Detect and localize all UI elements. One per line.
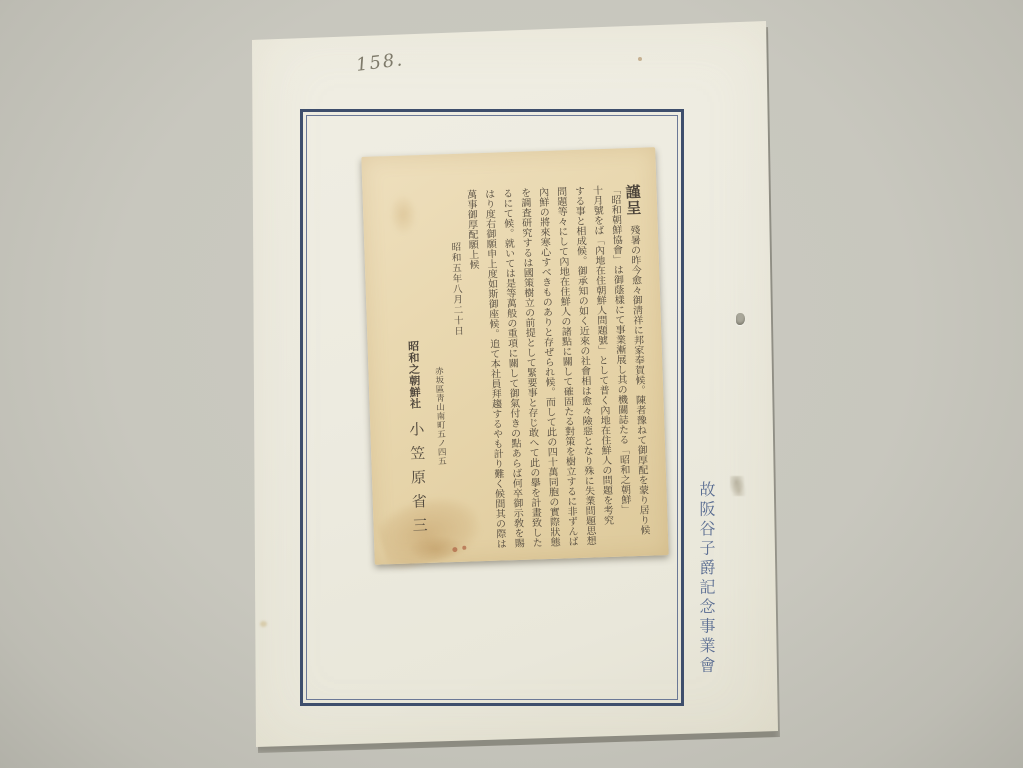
spacer: [414, 409, 416, 421]
letter-text: 謹呈殘暑の昨今愈々御淸祥に邦家奉賀候。陳者豫ねて御厚配を蒙り居り候 「昭和朝鮮協…: [390, 184, 652, 552]
publisher-name: 昭和之朝鮮社: [406, 340, 420, 409]
signer-name: 小笠原省三: [407, 421, 427, 541]
paper-smudge-blemish: [730, 476, 746, 496]
letter-heading: 謹呈: [623, 184, 640, 217]
album-page: 158. 故阪谷子爵記念事業會 謹呈殘暑の昨今愈々御淸祥に邦家奉賀候。陳者豫ねて…: [250, 18, 780, 750]
margin-label: 故阪谷子爵記念事業會: [694, 481, 717, 676]
photo-backdrop: 158. 故阪谷子爵記念事業會 謹呈殘暑の昨今愈々御淸祥に邦家奉賀候。陳者豫ねて…: [0, 0, 1023, 768]
foxing-spot: [638, 57, 642, 61]
foxing-spot: [260, 621, 267, 627]
letter-card: 謹呈殘暑の昨今愈々御淸祥に邦家奉賀候。陳者豫ねて御厚配を蒙り居り候 「昭和朝鮮協…: [361, 147, 668, 565]
paper-chip-blemish: [736, 313, 745, 325]
spacer: [631, 216, 633, 225]
catalog-number: 158.: [355, 49, 405, 76]
